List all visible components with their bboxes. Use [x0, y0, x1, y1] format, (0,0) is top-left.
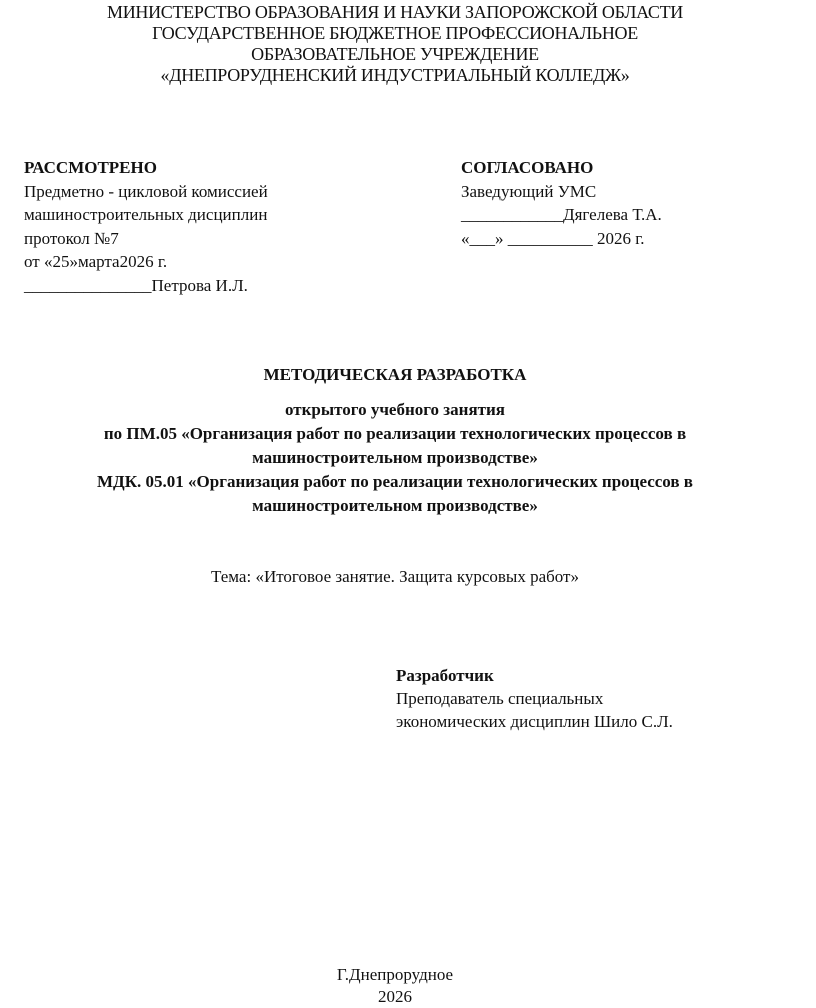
- lesson-topic: Тема: «Итоговое занятие. Защита курсовых…: [0, 566, 790, 588]
- title-line-module-cont: машиностроительном производстве»: [0, 446, 790, 470]
- footer-city: Г.Днепрорудное: [0, 964, 790, 986]
- footer: Г.Днепрорудное 2026: [0, 964, 790, 1008]
- title-line-module: по ПМ.05 «Организация работ по реализаци…: [0, 422, 790, 446]
- reviewed-signature: _______________Петрова И.Л.: [24, 274, 268, 298]
- developer-position: Преподаватель специальных: [396, 687, 673, 710]
- title-block: МЕТОДИЧЕСКАЯ РАЗРАБОТКА открытого учебно…: [0, 364, 790, 518]
- header-line-college-name: «ДНЕПРОРУДНЕНСКИЙ ИНДУСТРИАЛЬНЫЙ КОЛЛЕДЖ…: [0, 65, 790, 86]
- reviewed-block: РАССМОТРЕНО Предметно - цикловой комисси…: [24, 156, 268, 297]
- document-page: МИНИСТЕРСТВО ОБРАЗОВАНИЯ И НАУКИ ЗАПОРОЖ…: [0, 0, 816, 1008]
- title-line-course-cont: машиностроительном производстве»: [0, 494, 790, 518]
- title-line-lesson: открытого учебного занятия: [0, 398, 790, 422]
- title-line-course: МДК. 05.01 «Организация работ по реализа…: [0, 470, 790, 494]
- document-title: МЕТОДИЧЕСКАЯ РАЗРАБОТКА: [0, 364, 790, 386]
- developer-block: Разработчик Преподаватель специальных эк…: [396, 664, 673, 733]
- reviewed-date: от «25»марта2026 г.: [24, 250, 268, 274]
- approved-heading: СОГЛАСОВАНО: [461, 156, 662, 180]
- developer-heading: Разработчик: [396, 664, 673, 687]
- approved-block: СОГЛАСОВАНО Заведующий УМС ____________Д…: [461, 156, 662, 250]
- approved-signature: ____________Дягелева Т.А.: [461, 203, 662, 227]
- reviewed-commission: Предметно - цикловой комиссией: [24, 180, 268, 204]
- reviewed-disciplines: машиностроительных дисциплин: [24, 203, 268, 227]
- reviewed-heading: РАССМОТРЕНО: [24, 156, 268, 180]
- header-line-ministry: МИНИСТЕРСТВО ОБРАЗОВАНИЯ И НАУКИ ЗАПОРОЖ…: [0, 2, 790, 23]
- institution-header: МИНИСТЕРСТВО ОБРАЗОВАНИЯ И НАУКИ ЗАПОРОЖ…: [0, 2, 790, 86]
- header-line-institution-type: ОБРАЗОВАТЕЛЬНОЕ УЧРЕЖДЕНИЕ: [0, 44, 790, 65]
- developer-name: экономических дисциплин Шило С.Л.: [396, 710, 673, 733]
- reviewed-protocol: протокол №7: [24, 227, 268, 251]
- approved-date: «___» __________ 2026 г.: [461, 227, 662, 251]
- approved-position: Заведующий УМС: [461, 180, 662, 204]
- footer-year: 2026: [0, 986, 790, 1008]
- header-line-state-budget: ГОСУДАРСТВЕННОЕ БЮДЖЕТНОЕ ПРОФЕССИОНАЛЬН…: [0, 23, 790, 44]
